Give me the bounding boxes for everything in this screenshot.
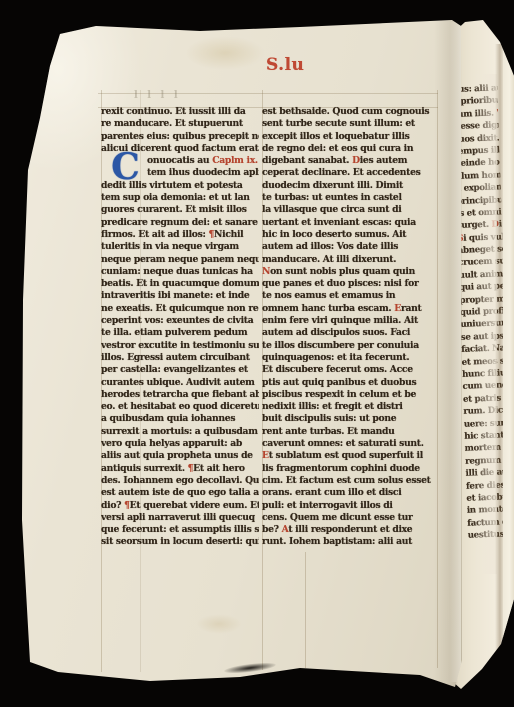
ink-text: quinquagenos: et ita fecerunt.	[262, 352, 409, 363]
text-line: puli: et interrogavit illos di	[262, 500, 438, 512]
text-line: Non sunt nobis plus quam quin	[262, 266, 438, 278]
ink-text: onuocatis au	[147, 155, 212, 166]
ink-text: sent turbe secute sunt illum: et	[262, 118, 415, 129]
text-line: te nos eamus et emamus in	[262, 290, 438, 302]
ink-text: herodes tetrarcha que fiebant ab	[101, 389, 259, 400]
text-line: surrexit a mortuis: a quibusdam	[101, 426, 259, 438]
ink-text: duodecim dixerunt illi. Dimit	[262, 180, 403, 191]
text-line: autem ad illos: Vos date illis	[262, 241, 438, 253]
ink-text: uertant et inveniant escas: quia	[262, 217, 416, 228]
text-line: versi apli narraverut illi quecuq	[101, 512, 259, 524]
ink-text: te illos discumbere per conuiuia	[262, 340, 419, 351]
ink-text: Et discubere fecerut oms. Acce	[262, 364, 413, 375]
ink-text: orans. erant cum illo et disci	[262, 487, 401, 498]
ink-text: re manducare. Et stupuerunt	[101, 118, 243, 129]
text-line: caverunt omnes: et saturati sunt.	[262, 438, 438, 450]
ink-text: be?	[262, 524, 282, 535]
text-line: enim fere viri quinque milia. Ait	[262, 315, 438, 327]
text-line: te turbas: ut euntes in castel	[262, 192, 438, 204]
ink-text: te turbas: ut euntes in castel	[262, 192, 402, 203]
text-line: per castella: evangelizantes et	[101, 364, 259, 376]
ink-text: firmos. Et ait ad illos:	[101, 229, 208, 240]
ink-text: buit discipulis suis: ut pone	[262, 413, 396, 424]
rubric-text: N	[262, 266, 270, 277]
text-line: be? At illi responderunt et dixe	[262, 524, 438, 536]
ink-text: versi apli narraverut illi quecuq	[101, 512, 255, 523]
text-line: ptis aut quiq panibus et duobus	[262, 377, 438, 389]
text-line: uertant et inveniant escas: quia	[262, 217, 438, 229]
text-line: buit discipulis suis: ut pone	[262, 413, 438, 425]
text-line: Et discubere fecerut oms. Acce	[262, 364, 438, 376]
text-line: de regno dei: et eos qui cura in	[262, 143, 438, 155]
ink-text: ies autem	[360, 155, 407, 166]
ink-text: rexit continuo. Et iussit illi da	[101, 106, 245, 117]
ink-text: cim. Et factum est cum solus esset	[262, 475, 431, 486]
ink-text: rent ante turbas. Et mandu	[262, 426, 395, 437]
text-line: ceperint vos: exeuntes de civita	[101, 315, 259, 327]
ink-text: la villasque que circa sunt di	[262, 204, 401, 215]
ink-text: per castella: evangelizantes et	[101, 364, 248, 375]
ink-text: a quibusdam quia iohannes	[101, 413, 235, 424]
ink-text: puli: et interrogavit illos di	[262, 500, 393, 511]
ruling-line	[305, 552, 306, 668]
ink-text: Et ait hero	[193, 463, 245, 474]
ink-text: rant	[401, 303, 422, 314]
rubric-text: E	[394, 303, 401, 314]
ink-text: vero quia helyas apparuit: ab	[101, 438, 242, 449]
text-line: cens. Quem me dicunt esse tur	[262, 512, 438, 524]
text-line: beatis. Et in quacumque domum	[101, 278, 259, 290]
ink-text: est bethsaide. Quod cum cognouis	[262, 106, 429, 117]
text-line: vestror excutite in testimoniu sup	[101, 340, 259, 352]
text-line: est bethsaide. Quod cum cognouis	[262, 106, 438, 118]
text-line: sent turbe secute sunt illum: et	[262, 118, 438, 130]
ink-text: excepit illos et loquebatur illis	[262, 131, 410, 142]
text-line: a quibusdam quia iohannes	[101, 413, 259, 425]
ink-text: Nichil	[214, 229, 243, 240]
text-line: manducare. At illi dixerunt.	[262, 254, 438, 266]
ink-text: piscibus respexit in celum et be	[262, 389, 416, 400]
ink-text: parentes eius: quibus precepit ne	[101, 131, 259, 142]
ink-text: ptis aut quiq panibus et duobus	[262, 377, 416, 388]
ink-text: nedixit illis: et fregit et distri	[262, 401, 403, 412]
text-line: sit seorsum in locum deserti: qui	[101, 536, 259, 548]
text-line: quinquagenos: et ita fecerunt.	[262, 352, 438, 364]
ink-text: digebant sanabat.	[262, 155, 352, 166]
rubric-text: Caplm ix.	[212, 155, 258, 166]
ink-text: caverunt omnes: et saturati sunt.	[262, 438, 424, 449]
ink-text: ne exeatis. Et quicumque non re	[101, 303, 258, 314]
ink-text: cens. Quem me dicunt esse tur	[262, 512, 413, 523]
page-edge-highlight	[450, 22, 461, 682]
text-line: dio? ¶Et querebat videre eum. Et re	[101, 500, 259, 512]
ink-text: ceperat declinare. Et accedentes	[262, 167, 421, 178]
text-line: neque peram neque panem neque pe	[101, 254, 259, 266]
text-line: ne exeatis. Et quicumque non re	[101, 303, 259, 315]
ink-text: autem ad illos: Vos date illis	[262, 241, 398, 252]
ink-text: antiquis surrexit.	[101, 463, 188, 474]
ink-text: est autem iste de quo ego talia au	[101, 487, 259, 498]
text-line: curantes ubique. Audivit autem	[101, 377, 259, 389]
text-column-right: est bethsaide. Quod cum cognouissent tur…	[262, 106, 438, 549]
text-line: runt. Iohem baptistam: alii aut	[262, 536, 438, 548]
ink-text: aliis aut quia propheta unus de	[101, 450, 253, 461]
ink-text: neque peram neque panem neque pe	[101, 254, 259, 265]
text-line: illos. Egressi autem circuibant	[101, 352, 259, 364]
text-line: que panes et duo pisces: nisi for	[262, 278, 438, 290]
text-line: firmos. Et ait ad illos: ¶Nichil	[101, 229, 259, 241]
text-line: autem ad discipulos suos. Faci	[262, 327, 438, 339]
ink-text: hic in loco deserto sumus. Ait	[262, 229, 406, 240]
ink-text: guores curarent. Et misit illos	[101, 204, 247, 215]
ink-text: tuleritis in via neque virgam	[101, 241, 239, 252]
text-line: des. Iohannem ego decollavi. Quis	[101, 475, 259, 487]
parchment-stain	[185, 36, 265, 70]
ink-text: te nos eamus et emamus in	[262, 290, 395, 301]
text-line: omnem hanc turba escam. Erant	[262, 303, 438, 315]
text-line: la villasque que circa sunt di	[262, 204, 438, 216]
manuscript-page: S.lu l l l l rexit continuo. Et iussit i…	[0, 0, 514, 707]
ink-text: de regno dei: et eos qui cura in	[262, 143, 413, 154]
ink-text: tem sup oia demonia: et ut lan	[101, 192, 250, 203]
ink-text: des. Iohannem ego decollavi. Quis	[101, 475, 259, 486]
parchment-stain	[196, 614, 242, 634]
ink-text: intraveritis ibi manete: et inde	[101, 290, 249, 301]
ink-text: cuniam: neque duas tunicas ha	[101, 266, 253, 277]
text-line: excepit illos et loquebatur illis	[262, 131, 438, 143]
text-line: rent ante turbas. Et mandu	[262, 426, 438, 438]
ink-text: surrexit a mortuis: a quibusdam	[101, 426, 258, 437]
ink-text: eo. et hesitabat eo quod diceretur	[101, 401, 259, 412]
ink-text: t sublatum est quod superfuit il	[269, 450, 423, 461]
text-line: aliis aut quia propheta unus de	[101, 450, 259, 462]
ink-text: omnem hanc turba escam.	[262, 303, 394, 314]
text-line: eo. et hesitabat eo quod diceretur	[101, 401, 259, 413]
ink-text: autem ad discipulos suos. Faci	[262, 327, 410, 338]
rubric-text: E	[262, 450, 269, 461]
rubric-text: D	[352, 155, 360, 166]
ink-text: illos. Egressi autem circuibant	[101, 352, 250, 363]
text-line: que fecerunt: et assumptis illis seces	[101, 524, 259, 536]
text-line: duodecim dixerunt illi. Dimit	[262, 180, 438, 192]
ink-text: lis fragmentorum cophini duode	[262, 463, 420, 474]
text-line: vero quia helyas apparuit: ab	[101, 438, 259, 450]
text-line: nedixit illis: et fregit et distri	[262, 401, 438, 413]
ink-text: te illa. etiam pulverem pedum	[101, 327, 247, 338]
ink-text: sit seorsum in locum deserti: qui	[101, 536, 259, 547]
text-line: antiquis surrexit. ¶Et ait hero	[101, 463, 259, 475]
page-fore-edge	[503, 34, 514, 664]
text-line: intraveritis ibi manete: et inde	[101, 290, 259, 302]
text-line: hic in loco deserto sumus. Ait	[262, 229, 438, 241]
ink-text: dio?	[101, 500, 124, 511]
text-line: est autem iste de quo ego talia au	[101, 487, 259, 499]
ink-text: curantes ubique. Audivit autem	[101, 377, 255, 388]
facing-page-curve-fade	[473, 74, 497, 574]
text-line: cuniam: neque duas tunicas ha	[101, 266, 259, 278]
text-line: parentes eius: quibus precepit ne	[101, 131, 259, 143]
offset-ink-marks: l l l l	[134, 90, 181, 101]
ink-text: que panes et duo pisces: nisi for	[262, 278, 418, 289]
text-line: cim. Et factum est cum solus esset	[262, 475, 438, 487]
text-line: rexit continuo. Et iussit illi da	[101, 106, 259, 118]
text-line: predicare regnum dei: et sanare in	[101, 217, 259, 229]
text-line: digebant sanabat. Dies autem	[262, 155, 438, 167]
text-line: herodes tetrarcha que fiebant ab	[101, 389, 259, 401]
text-line: ceperat declinare. Et accedentes	[262, 167, 438, 179]
text-line: orans. erant cum illo et disci	[262, 487, 438, 499]
ink-text: enim fere viri quinque milia. Ait	[262, 315, 418, 326]
ink-text: on sunt nobis plus quam quin	[270, 266, 415, 277]
ink-text: vestror excutite in testimoniu sup	[101, 340, 259, 351]
ink-text: runt. Iohem baptistam: alii aut	[262, 536, 412, 547]
ink-text: ceperint vos: exeuntes de civita	[101, 315, 253, 326]
ink-text: Et querebat videre eum. Et re	[130, 500, 259, 511]
text-line: Et sublatum est quod superfuit il	[262, 450, 438, 462]
ink-text: beatis. Et in quacumque domum	[101, 278, 259, 289]
ink-text: t illi responderunt et dixe	[288, 524, 412, 535]
ink-text: que fecerunt: et assumptis illis seces	[101, 524, 259, 535]
text-line: tuleritis in via neque virgam	[101, 241, 259, 253]
text-line: te illa. etiam pulverem pedum	[101, 327, 259, 339]
ink-text: tem ihus duodecim aplis	[147, 167, 259, 178]
manuscript-photo: nus: alii aut qua prioribus rerum illis.…	[0, 0, 514, 707]
ink-text: predicare regnum dei: et sanare in	[101, 217, 259, 228]
text-line: guores curarent. Et misit illos	[101, 204, 259, 216]
illuminated-initial: C	[106, 152, 145, 183]
running-title: S.lu	[266, 55, 304, 75]
text-line: re manducare. Et stupuerunt	[101, 118, 259, 130]
text-line: lis fragmentorum cophini duode	[262, 463, 438, 475]
text-line: piscibus respexit in celum et be	[262, 389, 438, 401]
text-line: tem sup oia demonia: et ut lan	[101, 192, 259, 204]
ink-text: manducare. At illi dixerunt.	[262, 254, 396, 265]
text-line: te illos discumbere per conuiuia	[262, 340, 438, 352]
